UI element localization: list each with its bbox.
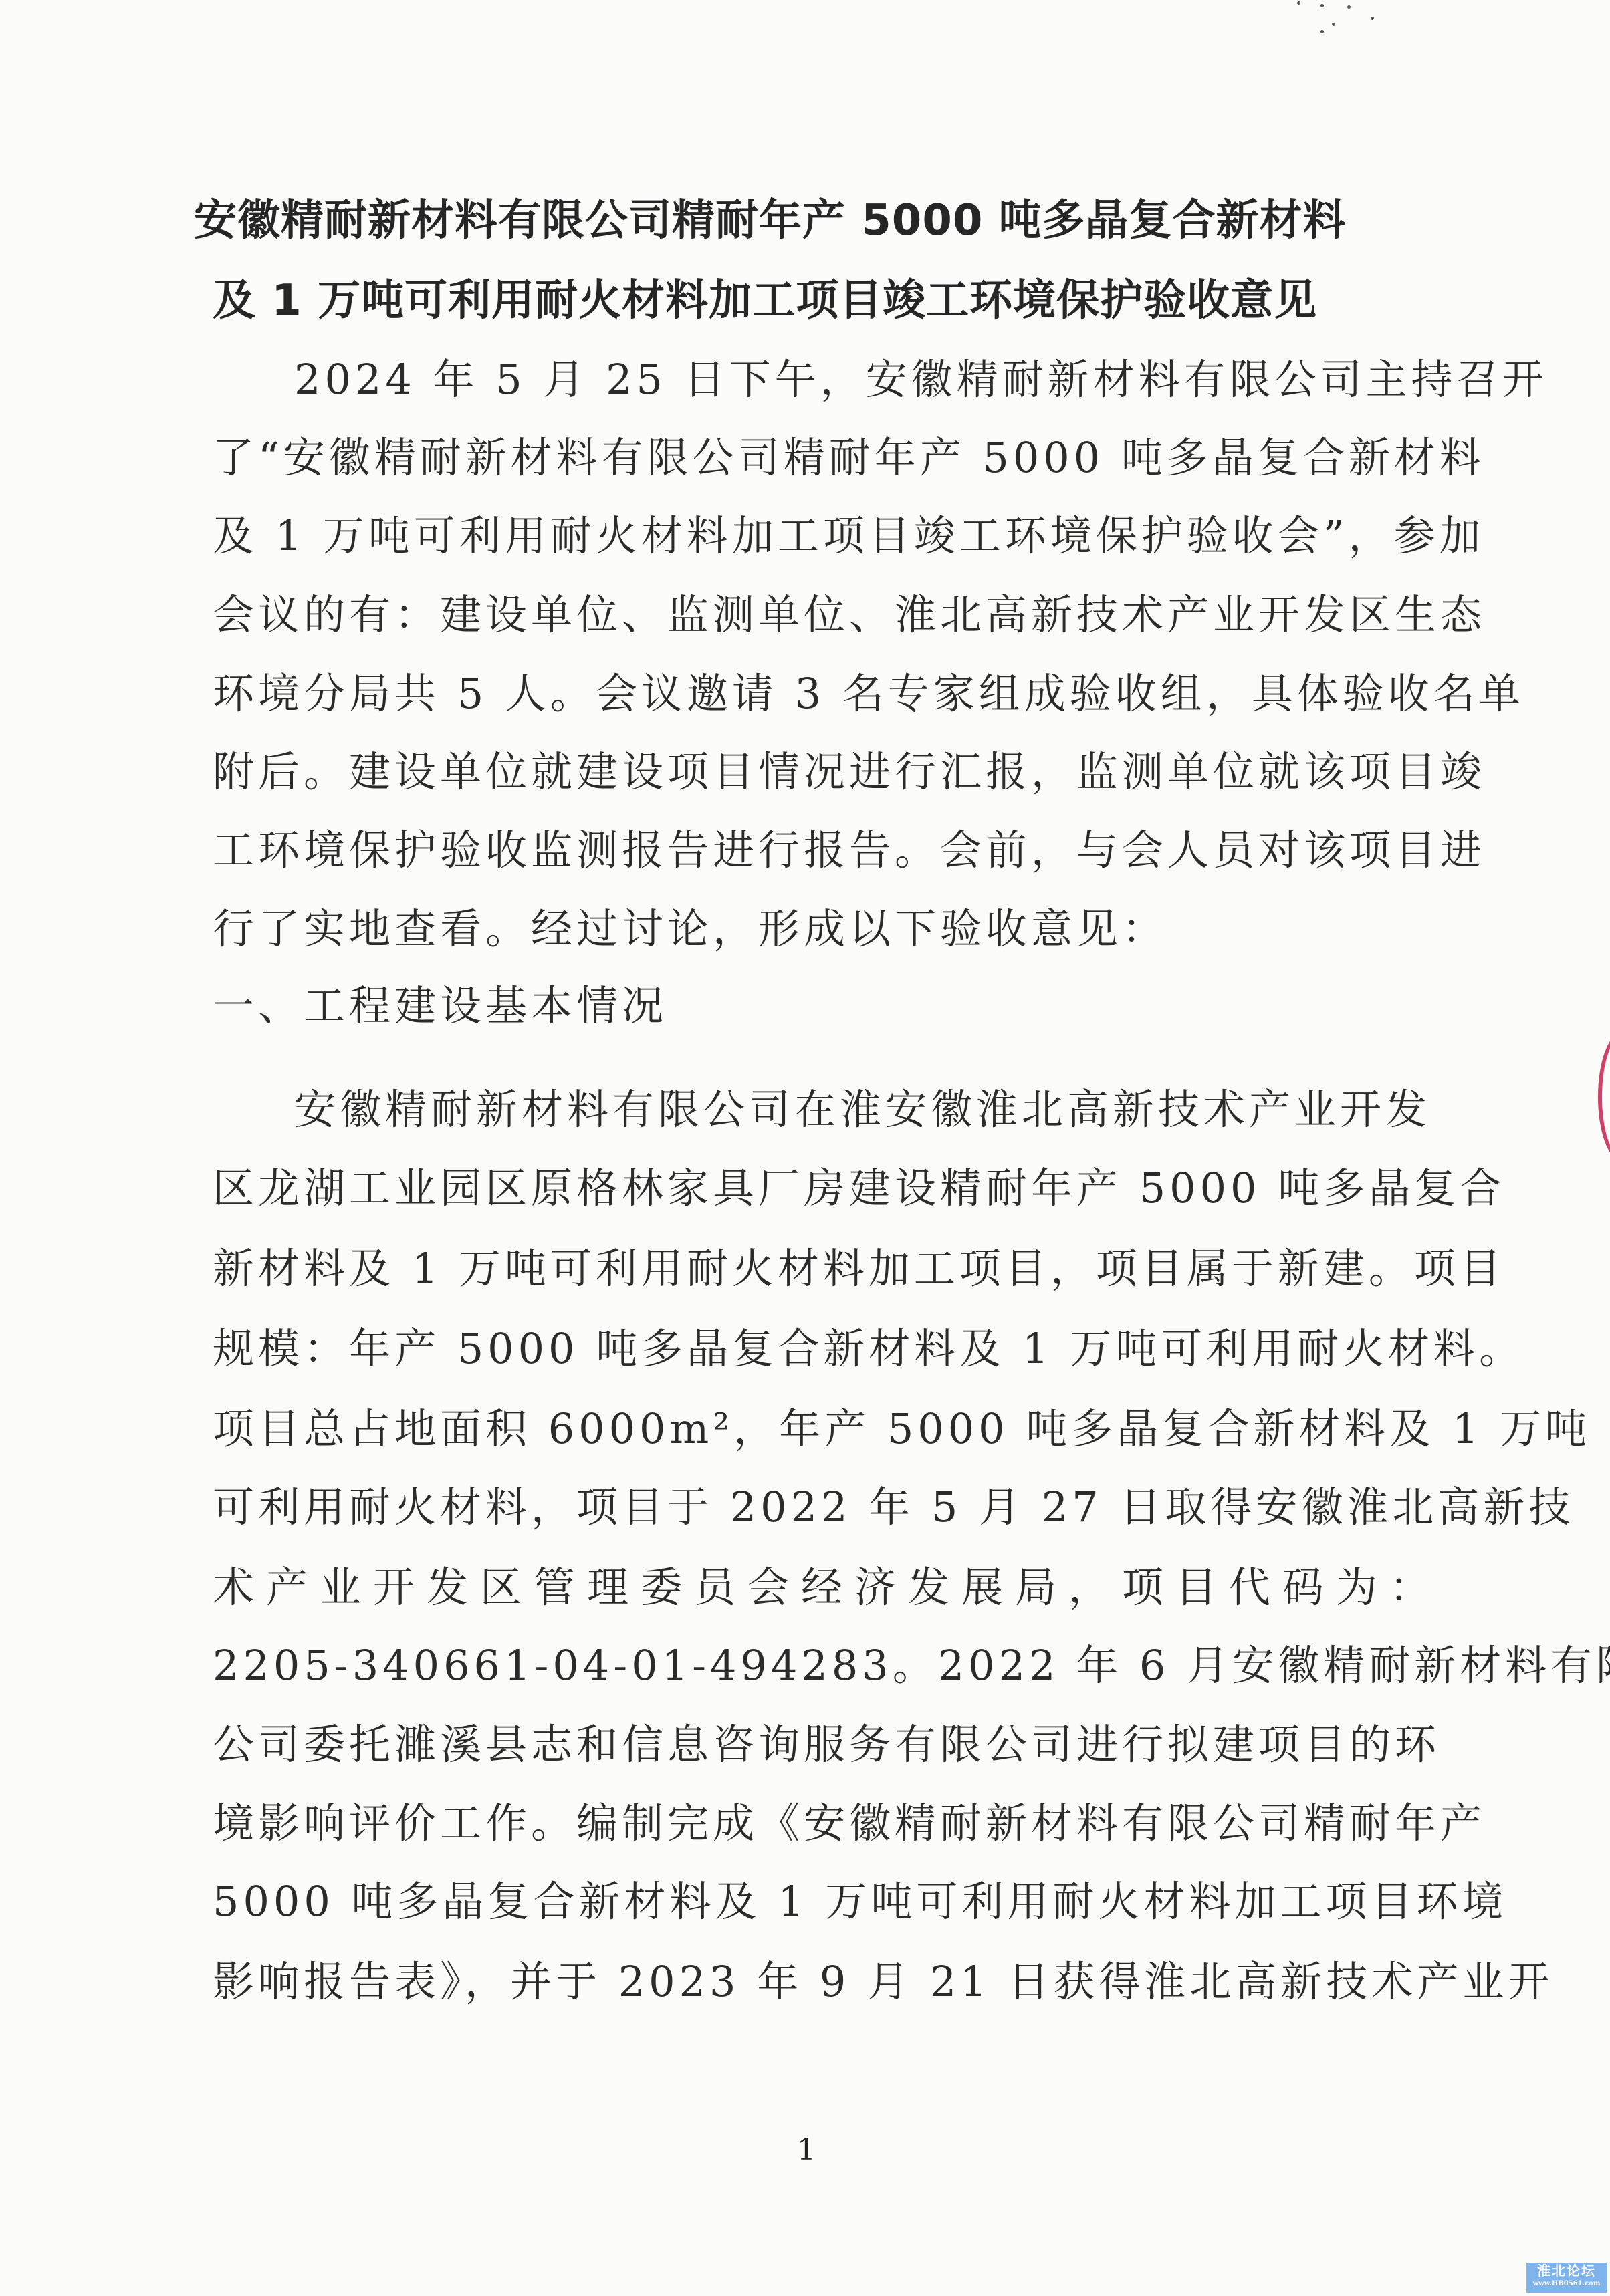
text-line: 2024 年 5 月 25 日下午，安徽精耐新材料有限公司主持召开 <box>294 353 1384 406</box>
text-line: 项目总占地面积 6000m²，年产 5000 吨多晶复合新材料及 1 万吨 <box>213 1402 1383 1456</box>
text-line: 新材料及 1 万吨可利用耐火材料加工项目，项目属于新建。项目 <box>213 1242 1383 1295</box>
site-watermark-logo: 淮北论坛 www.HB0561.com <box>1526 2263 1607 2293</box>
text-line: 区龙湖工业园区原格林家具厂房建设精耐年产 5000 吨多晶复合 <box>213 1162 1383 1215</box>
text-line: 行了实地查看。经过讨论，形成以下验收意见： <box>213 902 1383 956</box>
text-line: 安徽精耐新材料有限公司在淮安徽淮北高新技术产业开发 <box>294 1083 1384 1136</box>
section-heading-1: 一、工程建设基本情况 <box>213 979 1383 1033</box>
text-line: 规模：年产 5000 吨多晶复合新材料及 1 万吨可利用耐火材料。 <box>213 1322 1383 1376</box>
document-title-line-1: 安徽精耐新材料有限公司精耐年产 5000 吨多晶复合新材料 <box>194 194 1417 247</box>
text-line: 术产业开发区管理委员会经济发展局，项目代码为： <box>213 1561 1383 1614</box>
text-line: 附后。建设单位就建设项目情况进行汇报，监测单位就该项目竣 <box>213 745 1383 799</box>
text-line: 影响报告表》，并于 2023 年 9 月 21 日获得淮北高新技术产业开 <box>213 1955 1383 2009</box>
text-line: 公司委托濉溪县志和信息咨询服务有限公司进行拟建项目的环 <box>213 1718 1383 1771</box>
text-line: 会议的有：建设单位、监测单位、淮北高新技术产业开发区生态 <box>213 588 1383 642</box>
text-line: 5000 吨多晶复合新材料及 1 万吨可利用耐火材料加工项目环境 <box>213 1875 1383 1928</box>
text-line: 2205-340661-04-01-494283。2022 年 6 月安徽精耐新… <box>213 1639 1383 1692</box>
page-number: 1 <box>797 2134 816 2167</box>
scanned-document-page: 安徽精耐新材料有限公司精耐年产 5000 吨多晶复合新材料 及 1 万吨可利用耐… <box>0 0 1610 2296</box>
scan-speckles <box>1290 0 1377 33</box>
text-line: 了“安徽精耐新材料有限公司精耐年产 5000 吨多晶复合新材料 <box>213 431 1383 485</box>
text-line: 可利用耐火材料，项目于 2022 年 5 月 27 日取得安徽淮北高新技 <box>213 1481 1383 1534</box>
text-line: 环境分局共 5 人。会议邀请 3 名专家组成验收组，具体验收名单 <box>213 667 1383 721</box>
text-line: 及 1 万吨可利用耐火材料加工项目竣工环境保护验收会”，参加 <box>213 509 1383 563</box>
watermark-title: 淮北论坛 <box>1526 2263 1607 2279</box>
text-line: 工环境保护验收监测报告进行报告。会前，与会人员对该项目进 <box>213 823 1383 877</box>
text-line: 境影响评价工作。编制完成《安徽精耐新材料有限公司精耐年产 <box>213 1797 1383 1850</box>
document-title-line-2: 及 1 万吨可利用耐火材料加工项目竣工环境保护验收意见 <box>213 274 1436 328</box>
watermark-url: www.HB0561.com <box>1526 2279 1607 2289</box>
red-seal-stamp-fragment <box>1598 1033 1610 1161</box>
